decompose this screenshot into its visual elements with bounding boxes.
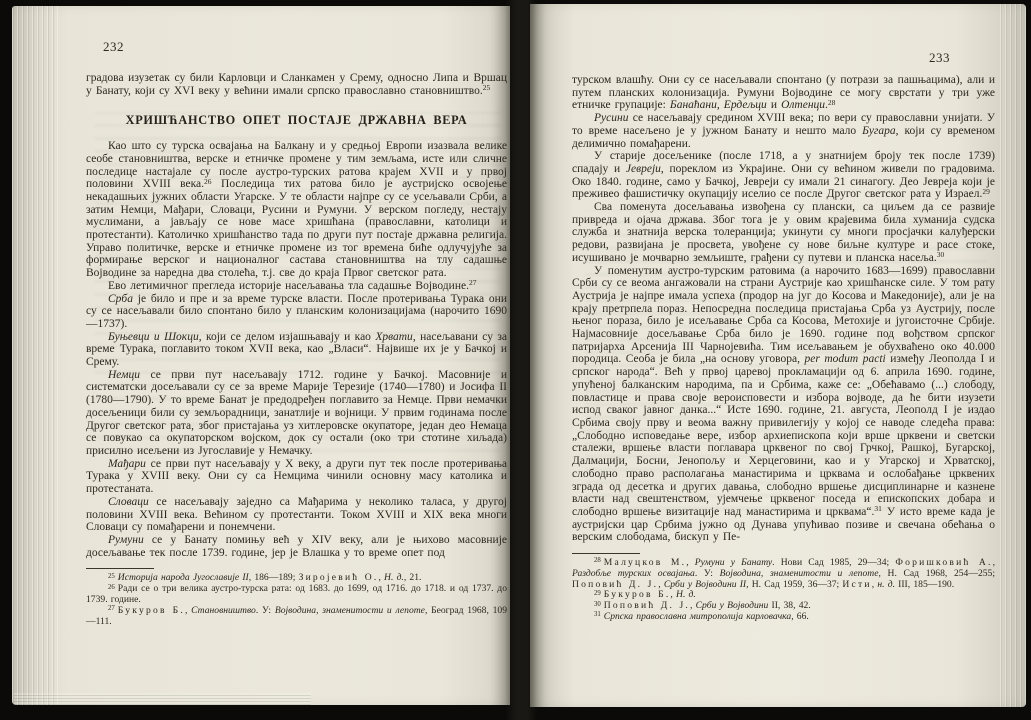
footnote-separator	[86, 568, 154, 569]
footnote: 27Букуров Б., Становништво. У: Војводина…	[86, 606, 507, 628]
footnote-ref: 25	[108, 573, 115, 580]
paragraph: Буњевци и Шокци, који се делом изјашњава…	[86, 331, 507, 369]
paragraph: У поменутим аустро-турским ратовима (а н…	[572, 265, 995, 544]
left-page-number: 232	[103, 39, 124, 55]
paragraph: Мађари се први пут насељавају у X веку, …	[86, 458, 507, 496]
footnote-text: Малуцков М., Румуни у Банату. Нови Сад 1…	[572, 557, 995, 590]
section-heading: ХРИШЋАНСТВО ОПЕТ ПОСТАЈЕ ДРЖАВНА ВЕРА	[86, 114, 507, 127]
paragraph: турском влашћу. Они су се насељавали спо…	[572, 74, 995, 112]
footnote: 31Српска православна митрополија карлова…	[572, 612, 995, 623]
footnote-text: Букуров Б., Становништво. У: Војводина, …	[86, 605, 507, 627]
footnote-ref: 26	[108, 584, 115, 591]
footnote-ref: 30	[594, 601, 601, 608]
paragraph: Румуни се у Банату помињу већ у XIV веку…	[86, 534, 507, 559]
right-page-text-column: турском влашћу. Они су се насељавали спо…	[572, 74, 995, 623]
paragraph: Словаци се насељавају заједно са Мађарим…	[86, 496, 507, 534]
footnote: 28Малуцков М., Румуни у Банату. Нови Сад…	[572, 558, 995, 590]
left-footnotes: 25Историја народа Југославије II, 186—18…	[86, 568, 507, 627]
footnote-separator	[572, 553, 640, 554]
paragraph: У старије досељенике (после 1718, а у зн…	[572, 150, 995, 201]
book-scan: 232 233 градова изузетак су били Карловц…	[0, 0, 1031, 720]
footnote-text: Ради се о три велика аустро-турска рата:…	[86, 583, 507, 605]
right-footnotes: 28Малуцков М., Румуни у Банату. Нови Сад…	[572, 553, 995, 623]
paragraph: Немци се први пут насељавају 1712. годин…	[86, 369, 507, 458]
footnote-text: Историја народа Југославије II, 186—189;…	[118, 572, 422, 583]
left-page-text-column: градова изузетак су били Карловци и Слан…	[86, 72, 507, 627]
paragraph: Ево летимичног прегледа историје насељав…	[86, 280, 507, 293]
footnote-text: Поповић Д. Ј., Срби у Војводини II, 38, …	[604, 600, 811, 611]
paragraph: Срба је било и пре и за време турске вла…	[86, 293, 507, 331]
right-page-number: 233	[929, 50, 950, 66]
footnote-text: Српска православна митрополија карловачк…	[604, 611, 809, 622]
paragraph: градова изузетак су били Карловци и Слан…	[86, 72, 507, 97]
footnote: 26Ради се о три велика аустро-турска рат…	[86, 584, 507, 606]
paragraph: Као што су турска освајања на Балкану и …	[86, 140, 507, 280]
footnote-ref: 28	[594, 557, 601, 564]
footnote-text: Букуров Б., Н. д.	[604, 589, 696, 600]
footnote-ref: 31	[594, 611, 601, 618]
paragraph: Сва поменута досељавања извођена су план…	[572, 201, 995, 265]
paragraph: Русини се насељавају средином XVIII века…	[572, 112, 995, 150]
footnote-ref: 27	[108, 605, 115, 612]
footnote-ref: 29	[594, 590, 601, 597]
